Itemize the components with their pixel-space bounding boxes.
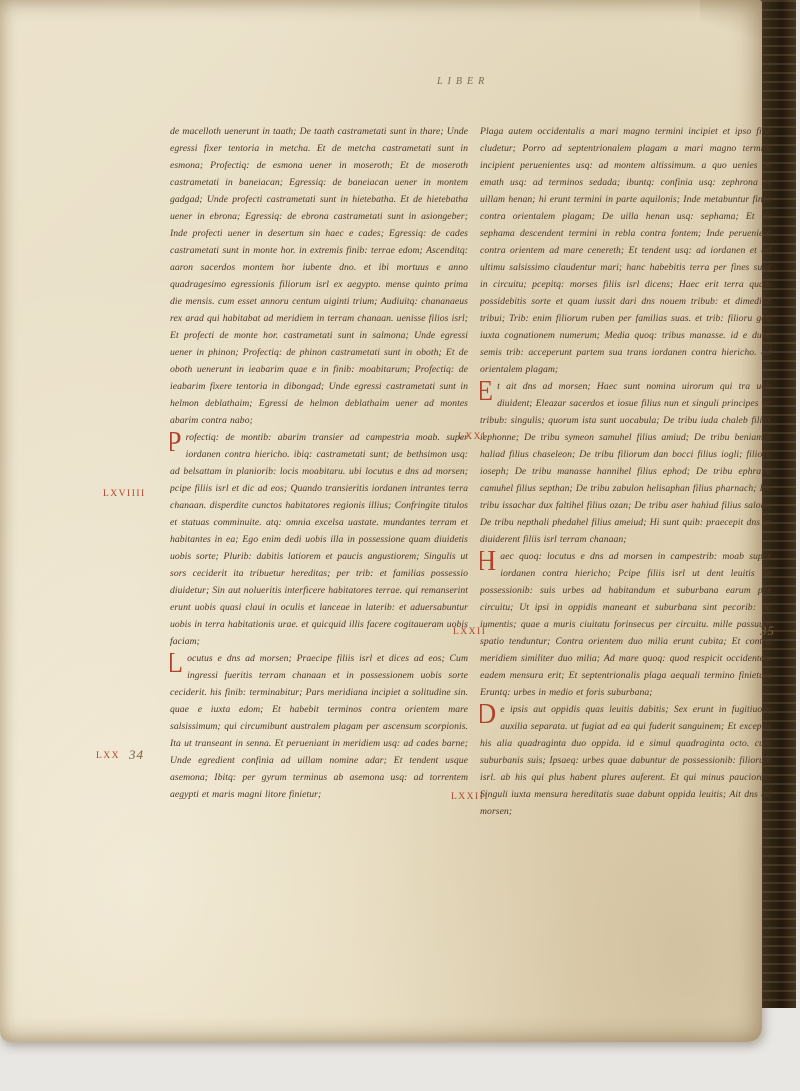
rubric-initial-H: H	[480, 548, 500, 575]
paragraph-continuation: de macelloth uenerunt in taath; De taath…	[170, 123, 468, 429]
text-column-left: de macelloth uenerunt in taath; De taath…	[170, 123, 468, 917]
arabic-chapter-number-34: 34	[129, 747, 144, 763]
paragraph-capitulum-lxxii: Haec quoq: locutus e dns ad morsen in ca…	[480, 548, 771, 701]
rubric-initial-L: L	[170, 650, 187, 677]
page-corner-shade	[700, 0, 762, 46]
paragraph-text: t ait dns ad morsen; Haec sunt nomina ui…	[480, 381, 771, 545]
capitulum-number-lxx: LXX	[96, 751, 120, 761]
rubric-initial-P: P	[170, 429, 186, 456]
paragraph-text: Plaga autem occidentalis a mari magno te…	[480, 126, 771, 375]
paragraph-text: aec quoq: locutus e dns ad morsen in cam…	[480, 551, 771, 698]
paragraph-text: e ipsis aut oppidis quas leuitis dabitis…	[480, 704, 771, 817]
paragraph-text: rofectiq: de montib: abarim transier ad …	[170, 432, 468, 647]
paragraph-continuation: Plaga autem occidentalis a mari magno te…	[480, 123, 771, 378]
running-header: LIBER	[437, 76, 517, 87]
paragraph-text: ocutus e dns ad morsen; Praecipe filiis …	[170, 653, 468, 800]
text-column-right: Plaga autem occidentalis a mari magno te…	[480, 123, 771, 917]
paragraph-text: de macelloth uenerunt in taath; De taath…	[170, 126, 468, 426]
rubric-initial-E: E	[480, 378, 497, 405]
paragraph-capitulum-lxxi: Et ait dns ad morsen; Haec sunt nomina u…	[480, 378, 771, 548]
paragraph-capitulum-lxxiii: De ipsis aut oppidis quas leuitis dabiti…	[480, 701, 771, 820]
paragraph-capitulum-lxx: Locutus e dns ad morsen; Praecipe filiis…	[170, 650, 468, 803]
photo-stage: LIBER LXVIIII LXX 34 LXXI LXXII 35 LXXII…	[0, 0, 800, 1091]
rubric-initial-D: D	[480, 701, 500, 728]
capitulum-number-lxviiii: LXVIIII	[103, 489, 146, 499]
paragraph-capitulum-lxviiii: Profectiq: de montib: abarim transier ad…	[170, 429, 468, 650]
